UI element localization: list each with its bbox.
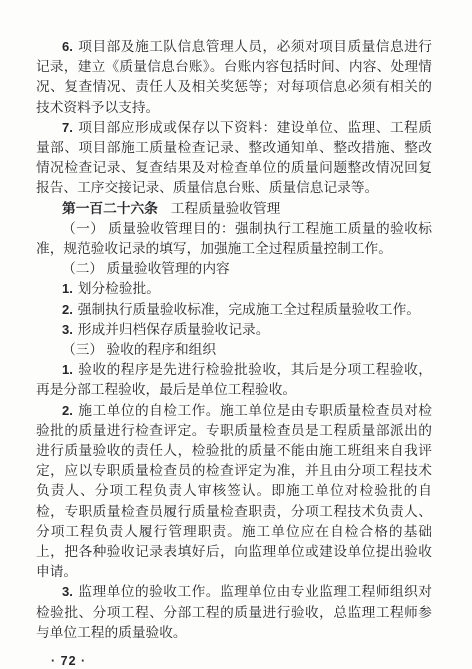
paragraph-text: 项目部应形成或保存以下资料：建设单位、监理、工程质量部、项目部施工质量检查记录、… <box>36 120 432 196</box>
item-number: 7. <box>62 120 73 135</box>
paragraph: （二） 质量验收管理的内容 <box>36 259 432 279</box>
page-number: · 72 · <box>51 654 432 668</box>
item-number: 2. <box>62 302 73 317</box>
paragraph-text: （一） 质量验收管理目的：强制执行工程施工质量的验收标准，规范验收记录的填写，加… <box>36 221 432 256</box>
paragraph-text: （二） 质量验收管理的内容 <box>62 261 230 276</box>
item-number: 3. <box>62 322 73 337</box>
article-number: 第一百二十六条 <box>62 201 158 216</box>
paragraph: 6.项目部及施工队信息管理人员，必须对项目质量信息进行记录，建立《质量信息台账》… <box>36 37 432 118</box>
paragraph-text: 监理单位的验收工作。监理单位由专业监理工程师组织对检验批、分项工程、分部工程的质… <box>36 584 432 639</box>
paragraph: 7.项目部应形成或保存以下资料：建设单位、监理、工程质量部、项目部施工质量检查记… <box>36 118 432 199</box>
paragraph-text: 强制执行质量验收标准，完成施工全过程质量验收工作。 <box>78 302 420 317</box>
paragraph: 2.施工单位的自检工作。施工单位是由专职质量检查员对检验批的质量进行检查评定。专… <box>36 401 432 583</box>
paragraph: 1.验收的程序是先进行检验批验收，其后是分项工程验收，再是分部工程验收，最后是单… <box>36 360 432 400</box>
paragraph: 3.监理单位的验收工作。监理单位由专业监理工程师组织对检验批、分项工程、分部工程… <box>36 582 432 643</box>
document-page: 6.项目部及施工队信息管理人员，必须对项目质量信息进行记录，建立《质量信息台账》… <box>0 0 472 669</box>
paragraph-text: 验收的程序是先进行检验批验收，其后是分项工程验收，再是分部工程验收，最后是单位工… <box>36 362 432 397</box>
paragraph: （三） 验收的程序和组织 <box>36 340 432 360</box>
document-body: 6.项目部及施工队信息管理人员，必须对项目质量信息进行记录，建立《质量信息台账》… <box>36 37 432 643</box>
paragraph-text: 形成并归档保存质量验收记录。 <box>78 322 270 337</box>
paragraph-text: 施工单位的自检工作。施工单位是由专职质量检查员对检验批的质量进行检查评定。专职质… <box>36 403 432 580</box>
paragraph: （一） 质量验收管理目的：强制执行工程施工质量的验收标准，规范验收记录的填写，加… <box>36 219 432 259</box>
paragraph-text: 项目部及施工队信息管理人员，必须对项目质量信息进行记录，建立《质量信息台账》。台… <box>36 39 432 115</box>
paragraph-text: （三） 验收的程序和组织 <box>62 342 216 357</box>
article-title: 工程质量验收管理 <box>171 201 281 216</box>
article-heading: 第一百二十六条工程质量验收管理 <box>36 199 432 219</box>
paragraph-text: 划分检验批。 <box>78 281 160 296</box>
item-number: 2. <box>62 403 73 418</box>
item-number: 3. <box>62 584 73 599</box>
paragraph: 1.划分检验批。 <box>36 279 432 299</box>
item-number: 1. <box>62 362 73 377</box>
item-number: 1. <box>62 281 73 296</box>
item-number: 6. <box>62 39 73 54</box>
paragraph: 2.强制执行质量验收标准，完成施工全过程质量验收工作。 <box>36 300 432 320</box>
paragraph: 3.形成并归档保存质量验收记录。 <box>36 320 432 340</box>
